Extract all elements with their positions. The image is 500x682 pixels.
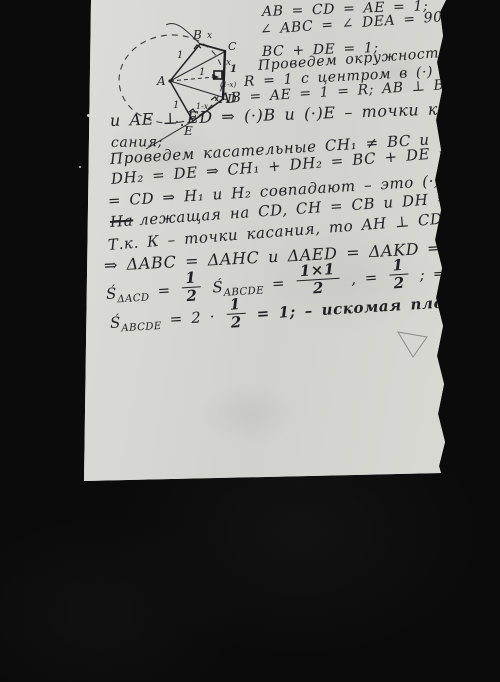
mark-one-right: 1 [230, 64, 237, 75]
area-letter: Ś [106, 284, 118, 303]
area-subscript: ABCDE [121, 321, 162, 334]
separator: , = [350, 268, 378, 288]
length-label-ab: 1 [177, 50, 183, 61]
photo-of-handwritten-solution: { "scene": { "background_color": "#0b0b0… [0, 0, 500, 682]
vertex-label-a: A [156, 74, 166, 88]
triangle-doodle [398, 332, 427, 357]
length-label-ah: 1 [199, 67, 205, 78]
vertex-label-c: C [228, 40, 237, 53]
edge-ab [170, 44, 200, 81]
final-answer-text: = 1; – искомая площадь. [256, 290, 500, 323]
area-symbol-abcde: ŚABCDE [110, 311, 162, 332]
numerator: 1 [388, 258, 408, 276]
paper-edge-speck [87, 114, 90, 117]
equals-two-times: = 2 · [169, 308, 215, 329]
vertex-label-b: B [192, 28, 202, 42]
equals-sign: = [271, 274, 285, 293]
paper-edge-speck [79, 166, 81, 168]
mark-one-minus-x-paren: (1-x) [220, 81, 236, 89]
area-symbol-acd: ŚΔACD [106, 282, 150, 303]
mark-x-near-b: x [207, 31, 212, 41]
implies-arrow: ; ⇒ [419, 264, 447, 284]
area-letter: Ś [110, 313, 122, 332]
vertex-dot-a [168, 79, 171, 82]
paper-sheet: A B C D E 1 1 1 x x 1 (1-x) 1-x AB = CD … [84, 0, 450, 481]
area-symbol-abcde: ŚABCDE [212, 275, 264, 296]
denominator: 2 [226, 314, 246, 331]
edge-bc [200, 44, 225, 51]
numerator: 1 [225, 297, 245, 315]
numerator: 1 [181, 270, 201, 288]
fraction-one-half: 12 [225, 297, 246, 331]
crossed-out-word: На [109, 211, 133, 231]
equals-sign: = [157, 281, 171, 300]
